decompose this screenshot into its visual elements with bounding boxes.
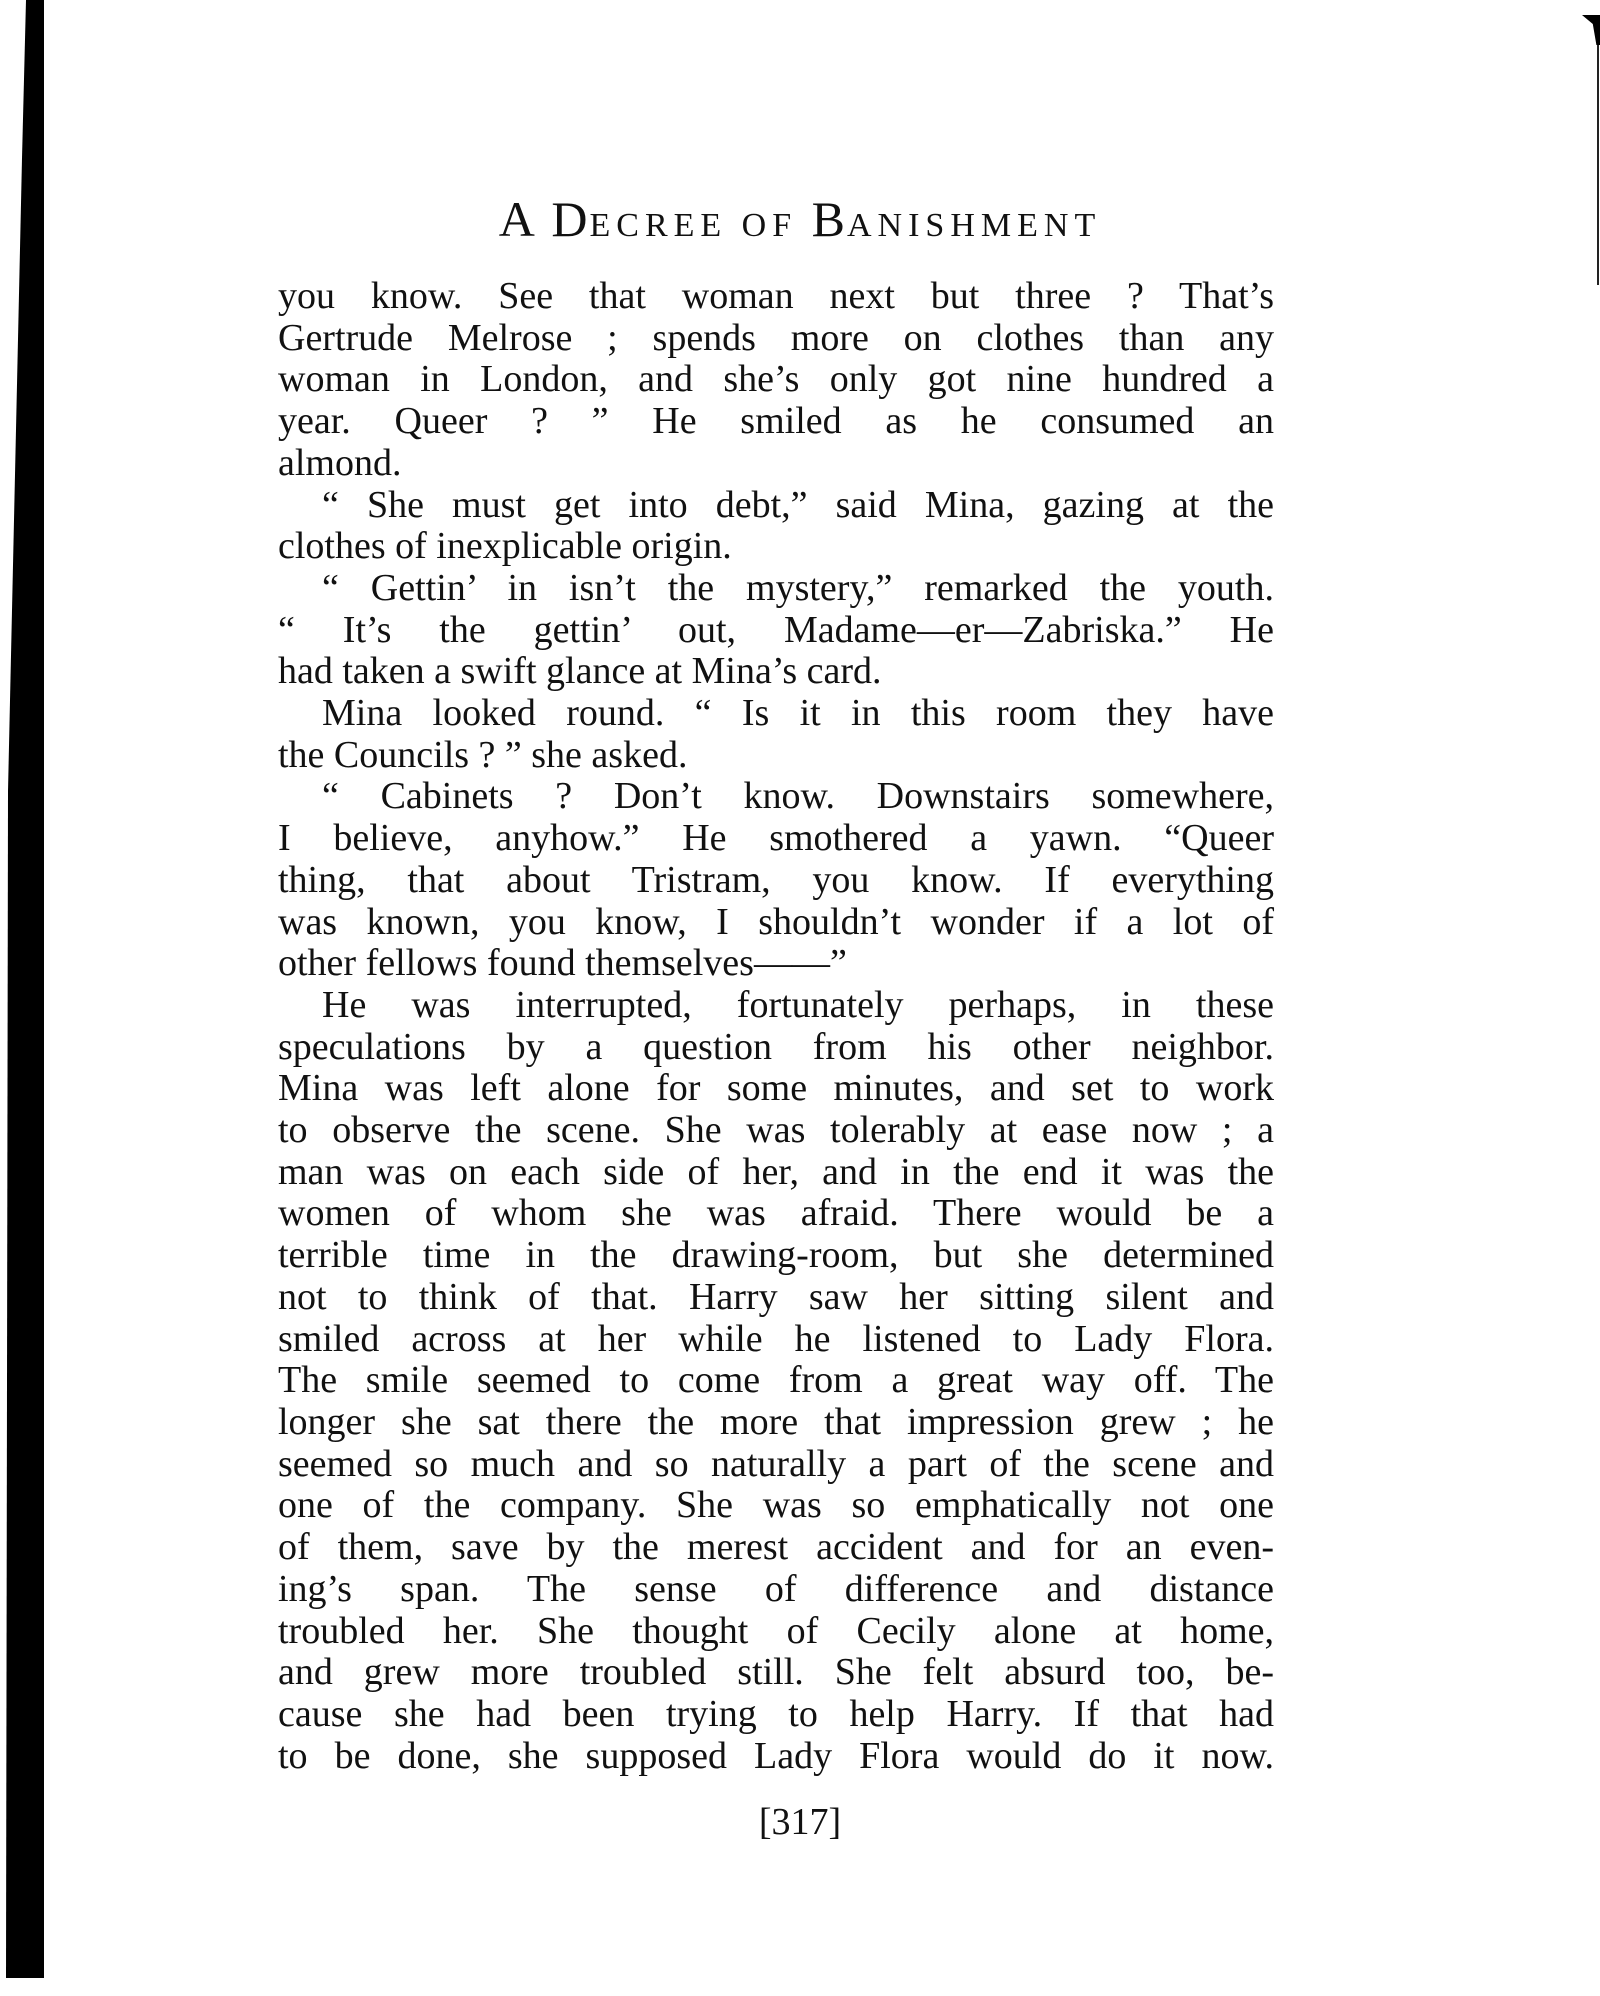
- text-line: clothes of inexplicable origin.: [278, 526, 1274, 568]
- text-line: woman in London, and she’s only got nine…: [278, 359, 1274, 401]
- title-word: OF: [742, 207, 797, 244]
- text-line: He was interrupted, fortunately perhaps,…: [278, 985, 1274, 1027]
- title-word: DECREE: [551, 207, 727, 244]
- text-line: “ She must get into debt,” said Mina, ga…: [278, 485, 1274, 527]
- text-line: the Councils ? ” she asked.: [278, 735, 1274, 777]
- text-line: seemed so much and so naturally a part o…: [278, 1444, 1274, 1486]
- text-line: smiled across at her while he listened t…: [278, 1319, 1274, 1361]
- text-line: and grew more troubled still. She felt a…: [278, 1652, 1274, 1694]
- text-line: “ Gettin’ in isn’t the mystery,” remarke…: [278, 568, 1274, 610]
- text-line: Mina looked round. “ Is it in this room …: [278, 693, 1274, 735]
- text-line: longer she sat there the more that impre…: [278, 1402, 1274, 1444]
- text-line: you know. See that woman next but three …: [278, 276, 1274, 318]
- text-line: to be done, she supposed Lady Flora woul…: [278, 1736, 1274, 1778]
- scan-page-edge-line: [1597, 45, 1599, 285]
- text-line: had taken a swift glance at Mina’s card.: [278, 651, 1274, 693]
- text-line: to observe the scene. She was tolerably …: [278, 1110, 1274, 1152]
- scan-page-edge-right: [1582, 15, 1600, 45]
- text-line: one of the company. She was so emphatica…: [278, 1485, 1274, 1527]
- text-line: speculations by a question from his othe…: [278, 1027, 1274, 1069]
- body-text: you know. See that woman next but three …: [278, 276, 1274, 1777]
- page-number: [317]: [0, 1800, 1600, 1844]
- text-line: other fellows found themselves——”: [278, 943, 1274, 985]
- text-line: women of whom she was afraid. There woul…: [278, 1193, 1274, 1235]
- title-word: BANISHMENT: [812, 207, 1102, 244]
- text-line: Mina was left alone for some minutes, an…: [278, 1068, 1274, 1110]
- text-line: of them, save by the merest accident and…: [278, 1527, 1274, 1569]
- text-line: troubled her. She thought of Cecily alon…: [278, 1611, 1274, 1653]
- scan-binding-shadow-left: [6, 0, 44, 1978]
- text-line: I believe, anyhow.” He smothered a yawn.…: [278, 818, 1274, 860]
- running-head-title: A DECREE OF BANISHMENT: [0, 190, 1600, 248]
- text-line: was known, you know, I shouldn’t wonder …: [278, 902, 1274, 944]
- text-line: “ It’s the gettin’ out, Madame—er—Zabris…: [278, 610, 1274, 652]
- text-line: year. Queer ? ” He smiled as he consumed…: [278, 401, 1274, 443]
- book-page: A DECREE OF BANISHMENT you know. See tha…: [0, 0, 1600, 1996]
- text-line: not to think of that. Harry saw her sitt…: [278, 1277, 1274, 1319]
- text-line: man was on each side of her, and in the …: [278, 1152, 1274, 1194]
- text-line: thing, that about Tristram, you know. If…: [278, 860, 1274, 902]
- text-line: The smile seemed to come from a great wa…: [278, 1360, 1274, 1402]
- text-line: “ Cabinets ? Don’t know. Downstairs some…: [278, 776, 1274, 818]
- text-line: terrible time in the drawing-room, but s…: [278, 1235, 1274, 1277]
- text-line: cause she had been trying to help Harry.…: [278, 1694, 1274, 1736]
- text-line: ing’s span. The sense of difference and …: [278, 1569, 1274, 1611]
- text-line: almond.: [278, 443, 1274, 485]
- text-line: Gertrude Melrose ; spends more on clothe…: [278, 318, 1274, 360]
- title-word: A: [499, 207, 537, 244]
